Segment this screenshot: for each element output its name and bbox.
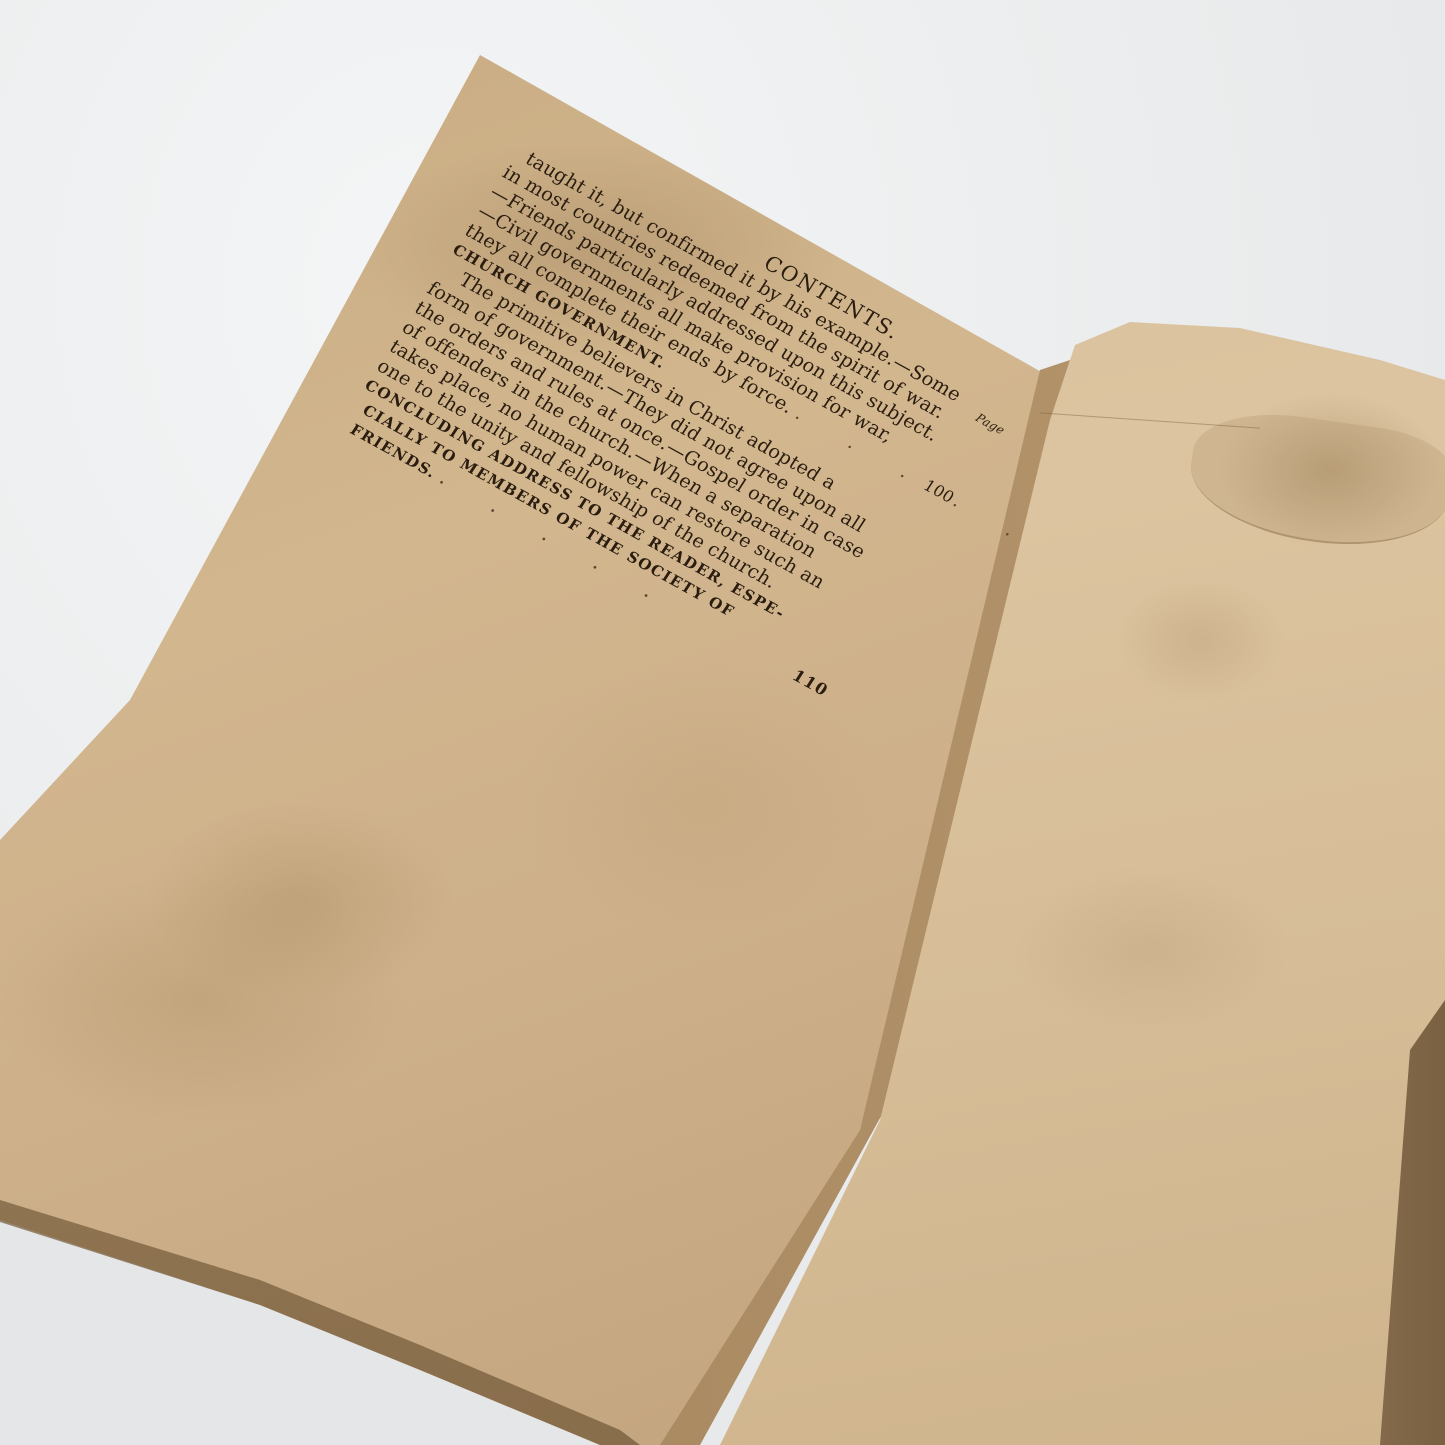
photo-scene: CONTENTS. Page taught it, but confirmed …: [0, 0, 1445, 1445]
